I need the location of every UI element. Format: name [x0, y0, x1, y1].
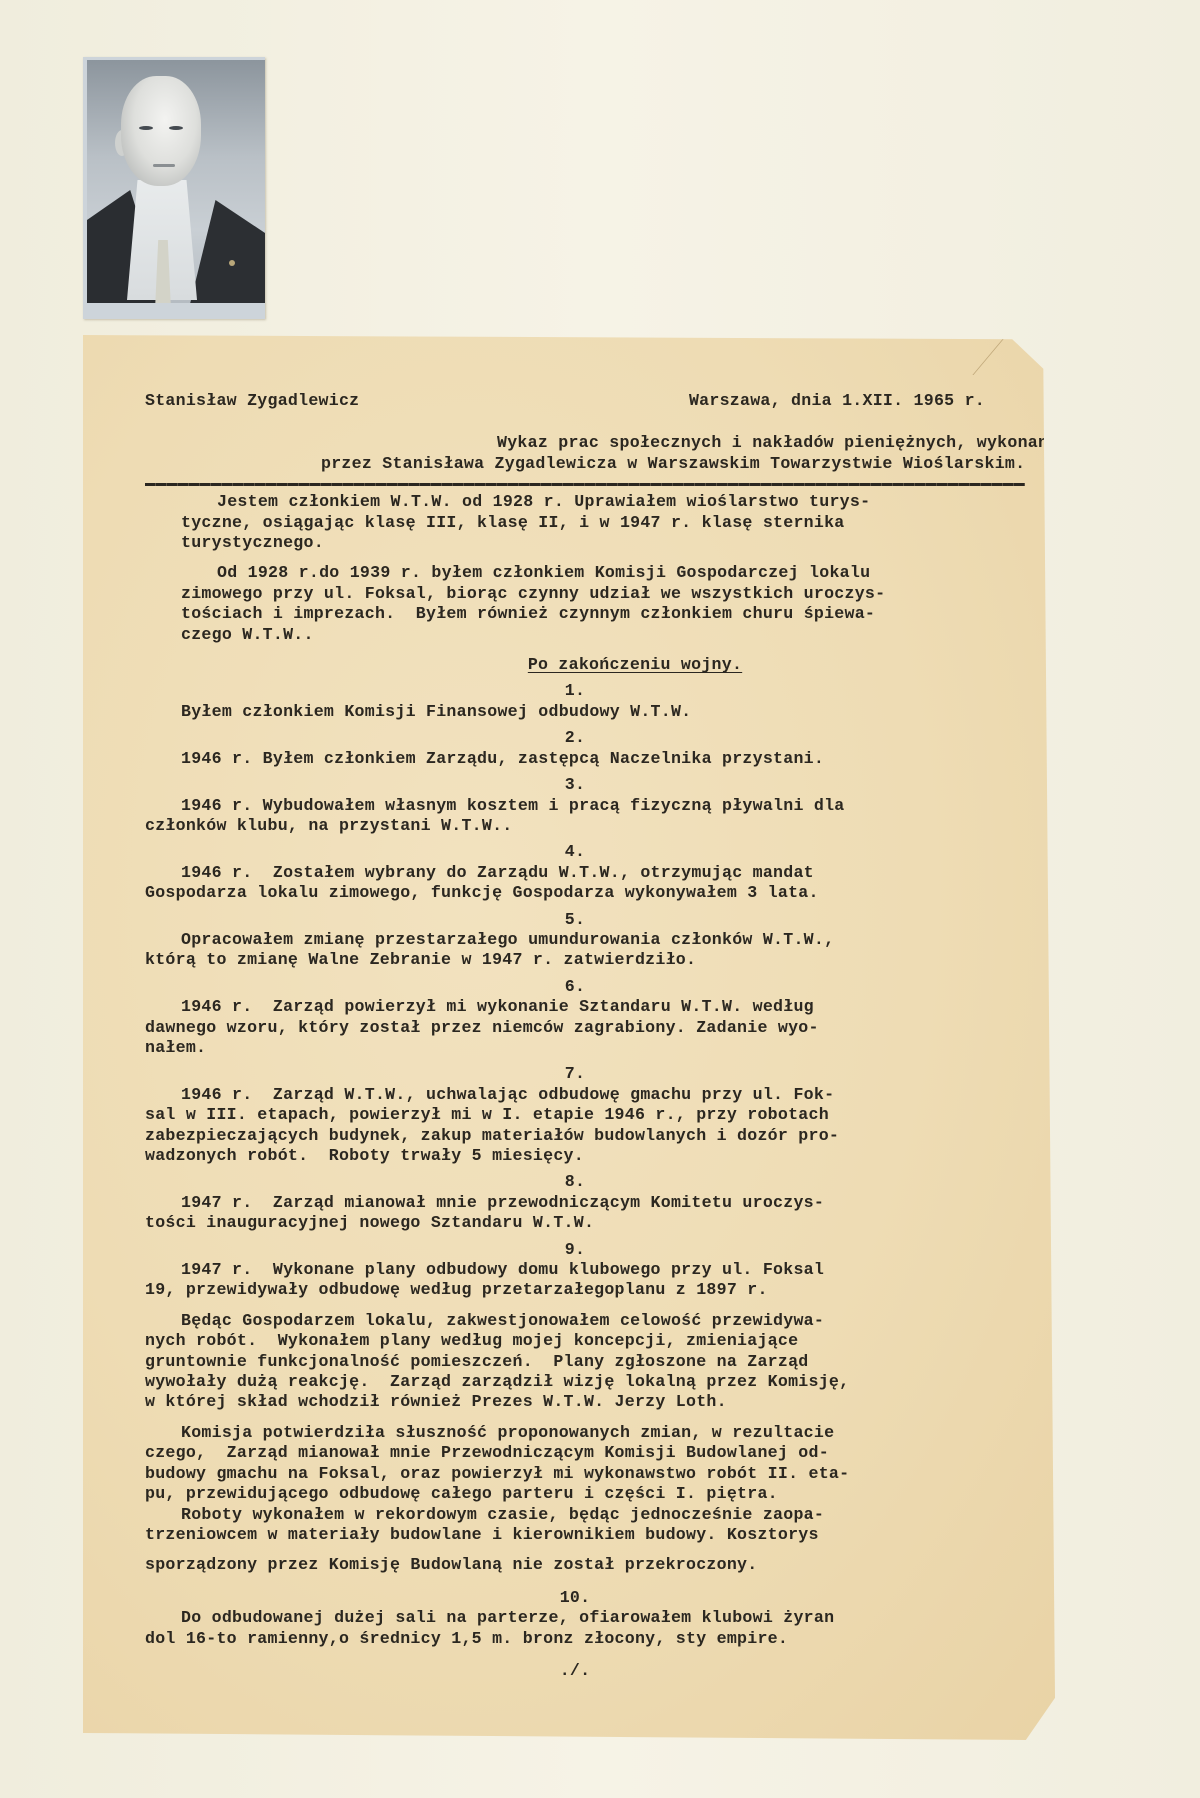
- text-line: wadzonych robót. Roboty trwały 5 miesięc…: [145, 1146, 1015, 1166]
- text-line: nych robót. Wykonałem plany według mojej…: [145, 1331, 1015, 1351]
- item-paragraph: Do odbudowanej dużej sali na parterze, o…: [145, 1608, 1015, 1649]
- item-number: 5.: [145, 910, 1005, 930]
- text-line: Od 1928 r.do 1939 r. byłem członkiem Kom…: [145, 563, 1015, 583]
- item-paragraph: Opracowałem zmianę przestarzałego umundu…: [145, 930, 1015, 971]
- text-line: Jestem członkiem W.T.W. od 1928 r. Upraw…: [145, 492, 1015, 512]
- text-line: Komisja potwierdziła słuszność proponowa…: [145, 1423, 1015, 1443]
- text-line: 1946 r. Wybudowałem własnym kosztem i pr…: [145, 796, 1015, 816]
- text-line: zimowego przy ul. Foksal, biorąc czynny …: [145, 584, 1015, 604]
- item-paragraph: 1946 r. Zostałem wybrany do Zarządu W.T.…: [145, 863, 1015, 904]
- item-number: 3.: [145, 775, 1005, 795]
- list-item: 5. Opracowałem zmianę przestarzałego umu…: [145, 910, 1025, 971]
- text-line: 1946 r. Zarząd powierzył mi wykonanie Sz…: [145, 997, 1015, 1017]
- text-line: pu, przewidującego odbudowę całego parte…: [145, 1484, 1015, 1504]
- folded-corner: [972, 335, 1047, 375]
- text-line: zabezpieczających budynek, zakup materia…: [145, 1126, 1015, 1146]
- text-line: tościach i imprezach. Byłem również czyn…: [145, 604, 1015, 624]
- section-heading-text: Po zakończeniu wojny.: [528, 655, 742, 674]
- item-number: 2.: [145, 728, 1005, 748]
- text-line: dawnego wzoru, który został przez niemcó…: [145, 1018, 1015, 1038]
- author-name: Stanisław Zygadlewicz: [145, 391, 359, 411]
- text-line: wywołały dużą reakcję. Zarząd zarządził …: [145, 1372, 1015, 1392]
- item-paragraph: 1947 r. Zarząd mianował mnie przewodnicz…: [145, 1193, 1015, 1234]
- text-line: trzeniowcem w materiały budowlane i kier…: [145, 1525, 1015, 1545]
- item-paragraph: Będąc Gospodarzem lokalu, zakwestjonował…: [145, 1311, 1015, 1413]
- text-line: 1947 r. Zarząd mianował mnie przewodnicz…: [145, 1193, 1015, 1213]
- list-item: 4. 1946 r. Zostałem wybrany do Zarządu W…: [145, 842, 1025, 903]
- item-paragraph: 1946 r. Zarząd powierzył mi wykonanie Sz…: [145, 997, 1015, 1058]
- text-line: 1946 r. Zarząd W.T.W., uchwalając odbudo…: [145, 1085, 1015, 1105]
- text-line: turystycznego.: [145, 533, 1015, 553]
- text-line: Gospodarza lokalu zimowego, funkcję Gosp…: [145, 883, 1015, 903]
- text-line: tości inauguracyjnej nowego Sztandaru W.…: [145, 1213, 1015, 1233]
- text-line: budowy gmachu na Foksal, oraz powierzył …: [145, 1464, 1015, 1484]
- portrait-image: [87, 60, 265, 303]
- item-paragraph: Byłem członkiem Komisji Finansowej odbud…: [145, 702, 1015, 722]
- item-number: 9.: [145, 1240, 1005, 1260]
- list-item: 6. 1946 r. Zarząd powierzył mi wykonanie…: [145, 977, 1025, 1059]
- text-line: czego W.T.W..: [145, 625, 1015, 645]
- title-line: Wykaz prac społecznych i nakładów pienię…: [145, 433, 1025, 453]
- item-number: 1.: [145, 681, 1005, 701]
- text-line: 19, przewidywały odbudowę według przetar…: [145, 1280, 1015, 1300]
- intro-paragraph: Jestem członkiem W.T.W. od 1928 r. Upraw…: [145, 492, 1015, 553]
- eye-right: [169, 126, 183, 130]
- typed-document-sheet: Stanisław Zygadlewicz Warszawa, dnia 1.X…: [83, 335, 1055, 1740]
- text-line: dol 16-to ramienny,o średnicy 1,5 m. bro…: [145, 1629, 1015, 1649]
- title-line: przez Stanisława Zygadlewicza w Warszaws…: [145, 454, 1025, 474]
- list-item: 7. 1946 r. Zarząd W.T.W., uchwalając odb…: [145, 1064, 1025, 1166]
- list-item: 10. Do odbudowanej dużej sali na parterz…: [145, 1588, 1025, 1649]
- closing-mark: ./.: [145, 1661, 1005, 1681]
- text-line: Roboty wykonałem w rekordowym czasie, bę…: [145, 1505, 1015, 1525]
- item-number: 4.: [145, 842, 1005, 862]
- item-paragraph: 1946 r. Byłem członkiem Zarządu, zastępc…: [145, 749, 1015, 769]
- list-item: 9. 1947 r. Wykonane plany odbudowy domu …: [145, 1240, 1025, 1576]
- text-line: czego, Zarząd mianował mnie Przewodniczą…: [145, 1443, 1015, 1463]
- mouth: [153, 164, 175, 167]
- item-paragraph: 1946 r. Wybudowałem własnym kosztem i pr…: [145, 796, 1015, 837]
- text-line: tyczne, osiągając klasę III, klasę II, i…: [145, 513, 1015, 533]
- item-paragraph: 1947 r. Wykonane plany odbudowy domu klu…: [145, 1260, 1015, 1301]
- text-line: 1946 r. Byłem członkiem Zarządu, zastępc…: [145, 749, 1015, 769]
- intro-paragraph: Od 1928 r.do 1939 r. byłem członkiem Kom…: [145, 563, 1015, 645]
- text-line: sal w III. etapach, powierzył mi w I. et…: [145, 1105, 1015, 1125]
- section-heading: Po zakończeniu wojny.: [145, 655, 1005, 675]
- head: [121, 76, 201, 186]
- item-paragraph: Komisja potwierdziła słuszność proponowa…: [145, 1423, 1015, 1576]
- list-item: 1. Byłem członkiem Komisji Finansowej od…: [145, 681, 1025, 722]
- list-item: 3. 1946 r. Wybudowałem własnym kosztem i…: [145, 775, 1025, 836]
- text-line: 1947 r. Wykonane plany odbudowy domu klu…: [145, 1260, 1015, 1280]
- place-and-date: Warszawa, dnia 1.XII. 1965 r.: [689, 391, 985, 411]
- item-number: 10.: [145, 1588, 1005, 1608]
- album-page: Stanisław Zygadlewicz Warszawa, dnia 1.X…: [0, 0, 1200, 1798]
- text-line: Do odbudowanej dużej sali na parterze, o…: [145, 1608, 1015, 1628]
- text-line: członków klubu, na przystani W.T.W..: [145, 816, 1015, 836]
- text-line: gruntownie funkcjonalność pomieszczeń. P…: [145, 1352, 1015, 1372]
- letter-header: Stanisław Zygadlewicz Warszawa, dnia 1.X…: [145, 391, 985, 411]
- text-line: w której skład wchodził również Prezes W…: [145, 1392, 1015, 1412]
- item-paragraph: 1946 r. Zarząd W.T.W., uchwalając odbudo…: [145, 1085, 1015, 1167]
- lapel-pin: [229, 260, 235, 266]
- text-line: Będąc Gospodarzem lokalu, zakwestjonował…: [145, 1311, 1015, 1331]
- text-line: 1946 r. Zostałem wybrany do Zarządu W.T.…: [145, 863, 1015, 883]
- item-number: 7.: [145, 1064, 1005, 1084]
- list-item: 8. 1947 r. Zarząd mianował mnie przewodn…: [145, 1172, 1025, 1233]
- list-item: 2. 1946 r. Byłem członkiem Zarządu, zast…: [145, 728, 1025, 769]
- item-number: 6.: [145, 977, 1005, 997]
- typed-text: Stanisław Zygadlewicz Warszawa, dnia 1.X…: [145, 391, 1025, 1681]
- text-line: Opracowałem zmianę przestarzałego umundu…: [145, 930, 1015, 950]
- double-rule-divider: [145, 483, 1025, 486]
- text-line: Byłem członkiem Komisji Finansowej odbud…: [145, 702, 1015, 722]
- text-line: nałem.: [145, 1038, 1015, 1058]
- portrait-photo: [83, 57, 265, 319]
- eye-left: [139, 126, 153, 130]
- text-line: którą to zmianę Walne Zebranie w 1947 r.…: [145, 950, 1015, 970]
- item-number: 8.: [145, 1172, 1005, 1192]
- document-title: Wykaz prac społecznych i nakładów pienię…: [145, 433, 1025, 474]
- text-line: sporządzony przez Komisję Budowlaną nie …: [145, 1555, 1015, 1575]
